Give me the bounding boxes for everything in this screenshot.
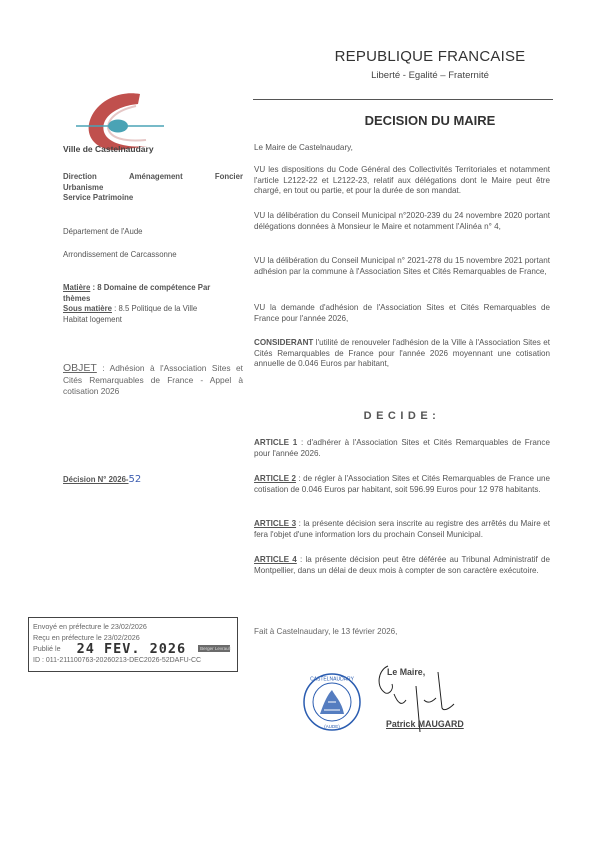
direction-urbanisme: Urbanisme xyxy=(63,183,243,194)
article-text: : de régler à l'Association Sites et Cit… xyxy=(254,474,550,494)
article-label: ARTICLE 3 xyxy=(254,519,296,528)
considerant-label: CONSIDERANT xyxy=(254,338,313,347)
decision-number: Décision N° 2026-52 xyxy=(63,474,141,485)
article-1: ARTICLE 1 : d'adhérer à l'Association Si… xyxy=(254,438,550,459)
signature-name: Patrick MAUGARD xyxy=(386,719,464,729)
article-4: ARTICLE 4 : la présente décision peut êt… xyxy=(254,555,550,576)
matiere-label: Matière xyxy=(63,283,90,292)
considerant: CONSIDERANT l'utilité de renouveler l'ad… xyxy=(254,338,550,370)
berger-levrault-badge: Berger Levrault xyxy=(198,645,230,652)
svg-text:(AUDE): (AUDE) xyxy=(324,724,340,729)
article-text: : la présente décision peut être déférée… xyxy=(254,555,550,575)
vu-demande: VU la demande d'adhésion de l'Associatio… xyxy=(254,303,550,324)
document-title: DECISION DU MAIRE xyxy=(300,113,560,128)
arrondissement: Arrondissement de Carcassonne xyxy=(63,250,243,261)
stamp-id: ID : 011-211100763-20260213-DEC2026-52DA… xyxy=(33,655,233,666)
service-name: Service Patrimoine xyxy=(63,193,243,204)
article-label: ARTICLE 1 xyxy=(254,438,297,447)
article-label: ARTICLE 2 xyxy=(254,474,296,483)
article-text: : d'adhérer à l'Association Sites et Cit… xyxy=(254,438,550,458)
objet-block: OBJET : Adhésion à l'Association Sites e… xyxy=(63,363,243,398)
direction-line: Direction Aménagement Foncier xyxy=(63,172,243,183)
signature-role: Le Maire, xyxy=(387,667,425,677)
republic-heading: REPUBLIQUE FRANCAISE xyxy=(300,48,560,65)
prefecture-stamp: Envoyé en préfecture le 23/02/2026 Reçu … xyxy=(28,617,238,672)
decision-number-handwritten: 52 xyxy=(129,474,142,485)
republic-motto: Liberté - Egalité – Fraternité xyxy=(300,70,560,81)
stamp-publie-label: Publié le xyxy=(33,644,61,653)
stamp-publie: Publié le 24 FEV. 2026 Berger Levrault xyxy=(33,643,233,655)
objet-label: OBJET xyxy=(63,362,97,374)
decide-heading: DECIDE: xyxy=(254,410,550,422)
sous-matiere-label: Sous matière xyxy=(63,304,112,313)
article-label: ARTICLE 4 xyxy=(254,555,297,564)
matiere-block: Matière : 8 Domaine de compétence Par th… xyxy=(63,283,213,325)
vu-deliberation-2021: VU la délibération du Conseil Municipal … xyxy=(254,256,550,277)
city-seal-icon: CASTELNAUDARY (AUDE) xyxy=(302,672,362,732)
city-name: Ville de Castelnaudary xyxy=(63,144,154,154)
article-3: ARTICLE 3 : la présente décision sera in… xyxy=(254,519,550,540)
vu-deliberation-2020: VU la délibération du Conseil Municipal … xyxy=(254,211,550,232)
svg-text:CASTELNAUDARY: CASTELNAUDARY xyxy=(310,677,354,683)
stamp-envoye: Envoyé en préfecture le 23/02/2026 xyxy=(33,621,233,632)
intro: Le Maire de Castelnaudary, xyxy=(254,143,550,154)
decision-number-label: Décision N° 2026- xyxy=(63,475,129,484)
departement: Département de l'Aude xyxy=(63,227,243,238)
direction-block: Direction Aménagement Foncier Urbanisme … xyxy=(63,172,243,204)
vu-cgct: VU les dispositions du Code Général des … xyxy=(254,165,550,197)
article-text: : la présente décision sera inscrite au … xyxy=(254,519,550,539)
fait-a: Fait à Castelnaudary, le 13 février 2026… xyxy=(254,627,397,636)
article-2: ARTICLE 2 : de régler à l'Association Si… xyxy=(254,474,550,495)
header-divider xyxy=(253,99,553,100)
